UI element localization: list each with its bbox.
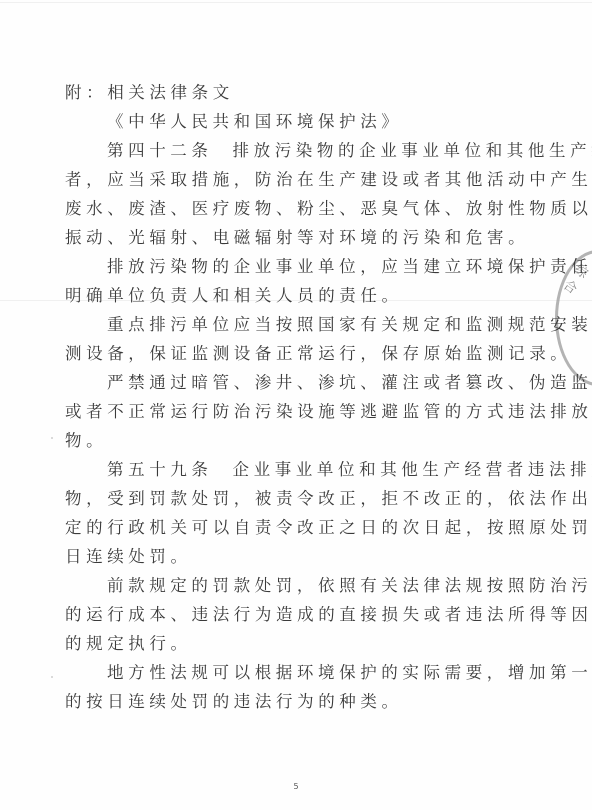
paragraph-line: 废水、废渣、医疗废物、粉尘、恶臭气体、放射性物质以及噪声、 (65, 194, 541, 223)
paragraph-line: 物。 (65, 426, 541, 455)
paragraph-line: 振动、光辐射、电磁辐射等对环境的污染和危害。 (65, 223, 541, 252)
paragraph-line: 明确单位负责人和相关人员的责任。 (65, 281, 541, 310)
page-number: 5 (0, 782, 592, 791)
paragraph-line: 者，应当采取措施，防治在生产建设或者其他活动中产生的废气、 (65, 165, 541, 194)
paragraph-line: 严禁通过暗管、渗井、渗坑、灌注或者篡改、伪造监测数据， (65, 368, 541, 397)
paragraph-line: 前款规定的罚款处罚，依照有关法律法规按照防治污染设施 (65, 571, 541, 600)
document-page: 综合 附：相关法律条文 《中华人民共和国环境保护法》 第四十二条排放污染物的企业… (0, 0, 592, 810)
scan-speck (51, 676, 53, 678)
paragraph-line: 或者不正常运行防治污染设施等逃避监管的方式违法排放污染 (65, 397, 541, 426)
document-body: 附：相关法律条文 《中华人民共和国环境保护法》 第四十二条排放污染物的企业事业单… (65, 78, 541, 716)
article-number: 第五十九条 (107, 460, 213, 479)
attachment-heading: 附：相关法律条文 (65, 78, 541, 107)
paragraph-line: 的规定执行。 (65, 629, 541, 658)
scan-speck (51, 437, 53, 439)
paragraph-line: 定的行政机关可以自责令改正之日的次日起，按照原处罚数额按 (65, 513, 541, 542)
paragraph-line: 重点排污单位应当按照国家有关规定和监测规范安装使用监 (65, 310, 541, 339)
article-text: 企业事业单位和其他生产经营者违法排放污染 (233, 460, 592, 479)
paragraph-line: 的运行成本、违法行为造成的直接损失或者违法所得等因素确定 (65, 600, 541, 629)
law-title: 《中华人民共和国环境保护法》 (65, 107, 541, 136)
article-59-line-1: 第五十九条企业事业单位和其他生产经营者违法排放污染 (65, 455, 541, 484)
paragraph-line: 排放污染物的企业事业单位，应当建立环境保护责任制度， (65, 252, 541, 281)
paragraph-line: 的按日连续处罚的违法行为的种类。 (65, 687, 541, 716)
article-text: 排放污染物的企业事业单位和其他生产经营 (233, 141, 592, 160)
paragraph-line: 地方性法规可以根据环境保护的实际需要，增加第一款规定 (65, 658, 541, 687)
article-number: 第四十二条 (107, 141, 213, 160)
article-42-line-1: 第四十二条排放污染物的企业事业单位和其他生产经营 (65, 136, 541, 165)
paragraph-line: 物，受到罚款处罚，被责令改正，拒不改正的，依法作出处罚决 (65, 484, 541, 513)
paragraph-line: 测设备，保证监测设备正常运行，保存原始监测记录。 (65, 339, 541, 368)
paragraph-line: 日连续处罚。 (65, 542, 541, 571)
scan-edge-line (0, 2, 592, 3)
